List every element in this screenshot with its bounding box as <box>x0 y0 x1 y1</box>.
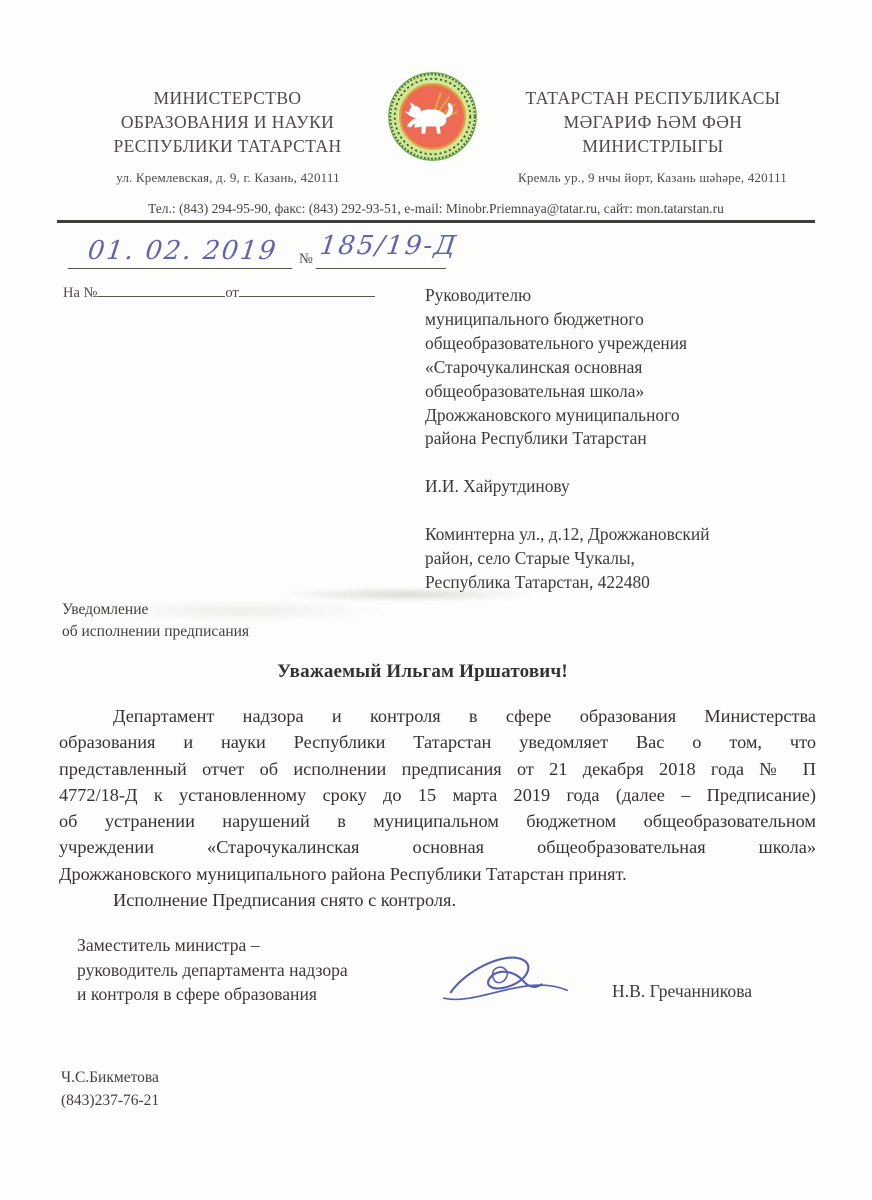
subject-block: Уведомление об исполнении предписания <box>62 599 249 643</box>
address-tatar: Кремль ур., 9 нчы йорт, Казань шәһәре, 4… <box>480 170 825 186</box>
recipient-person: И.И. Хайрутдинову <box>425 475 823 499</box>
body-line: 4772/18-Д к установленному сроку до 15 м… <box>59 782 816 808</box>
body-line: Департамент надзора и контроля в сфере о… <box>59 703 816 729</box>
recipient-blank-line <box>425 451 823 475</box>
signoff-position: Заместитель министра – руководитель депа… <box>77 933 348 1007</box>
body-line: учреждении «Старочукалинская основная об… <box>59 834 816 860</box>
salutation: Уважаемый Ильгам Иршатович! <box>0 661 845 683</box>
ministry-name-russian: МИНИСТЕРСТВО ОБРАЗОВАНИЯ И НАУКИ РЕСПУБЛ… <box>80 86 375 158</box>
ministry-name-tatar: ТАТАРСТАН РЕСПУБЛИКАСЫ МӘГАРИФ ҺӘМ ФӘН М… <box>488 86 818 158</box>
header-divider-rule <box>57 220 815 223</box>
recipient-address-line: Республика Татарстан, 422480 <box>425 571 823 595</box>
number-underline <box>316 268 446 269</box>
reply-from-label: от <box>225 285 238 301</box>
contact-line: Тел.: (843) 294-95-90, факс: (843) 292-9… <box>0 201 872 217</box>
scanned-letter-page: МИНИСТЕРСТВО ОБРАЗОВАНИЯ И НАУКИ РЕСПУБЛ… <box>0 0 872 1200</box>
tatarstan-coat-of-arms-icon <box>387 71 478 162</box>
recipient-block: Руководителю муниципального бюджетного о… <box>425 284 823 595</box>
body-line: Исполнение Предписания снято с контроля. <box>59 887 816 913</box>
reply-number-label: На № <box>63 285 97 301</box>
ministry-name-ru-line1: МИНИСТЕРСТВО <box>80 86 375 110</box>
subject-line2: об исполнении предписания <box>62 621 249 643</box>
handwritten-date: 01. 02. 2019 <box>86 236 279 266</box>
handwritten-outgoing-number: 185/19-Д <box>318 231 459 261</box>
signer-name: Н.В. Гречанникова <box>612 981 752 1002</box>
recipient-line: общеобразовательная школа» <box>425 380 823 404</box>
recipient-blank-line <box>425 499 823 523</box>
recipient-line: Руководителю <box>425 284 823 308</box>
handwritten-signature-icon <box>436 941 574 1015</box>
recipient-line: общеобразовательного учреждения <box>425 332 823 356</box>
subject-line1: Уведомление <box>62 599 249 621</box>
ministry-name-ru-line2: ОБРАЗОВАНИЯ И НАУКИ <box>80 110 375 134</box>
reply-date-blank <box>239 283 375 297</box>
reply-number-blank <box>97 283 225 297</box>
executor-name: Ч.С.Бикметова <box>61 1067 159 1090</box>
emblem-svg <box>387 71 478 162</box>
body-line: представленный отчет об исполнении предп… <box>59 756 816 782</box>
recipient-line: муниципального бюджетного <box>425 308 823 332</box>
signoff-line1: Заместитель министра – <box>77 933 348 958</box>
number-sign-label: № <box>299 251 313 268</box>
recipient-line: «Старочукалинская основная <box>425 356 823 380</box>
date-underline <box>68 268 292 269</box>
recipient-line: Дрожжановского муниципального <box>425 404 823 428</box>
reply-reference-row: На №от <box>63 283 375 302</box>
recipient-address-line: район, село Старые Чукалы, <box>425 547 823 571</box>
recipient-address-line: Коминтерна ул., д.12, Дрожжановский <box>425 523 823 547</box>
executor-block: Ч.С.Бикметова (843)237-76-21 <box>61 1067 159 1112</box>
signoff-line3: и контроля в сфере образования <box>77 982 348 1007</box>
recipient-line: района Республики Татарстан <box>425 427 823 451</box>
ministry-name-ru-line3: РЕСПУБЛИКИ ТАТАРСТАН <box>80 134 375 158</box>
ministry-name-tt-line1: ТАТАРСТАН РЕСПУБЛИКАСЫ <box>488 86 818 110</box>
letter-body: Департамент надзора и контроля в сфере о… <box>59 703 816 913</box>
executor-phone: (843)237-76-21 <box>61 1090 159 1113</box>
ministry-name-tt-line3: МИНИСТРЛЫГЫ <box>488 134 818 158</box>
body-line: образования и науки Республики Татарстан… <box>59 729 816 755</box>
ministry-name-tt-line2: МӘГАРИФ ҺӘМ ФӘН <box>488 110 818 134</box>
body-line: об устранении нарушений в муниципальном … <box>59 808 816 834</box>
body-line: Дрожжановского муниципального района Рес… <box>59 861 816 887</box>
signoff-line2: руководитель департамента надзора <box>77 958 348 983</box>
address-russian: ул. Кремлевская, д. 9, г. Казань, 420111 <box>78 170 378 186</box>
